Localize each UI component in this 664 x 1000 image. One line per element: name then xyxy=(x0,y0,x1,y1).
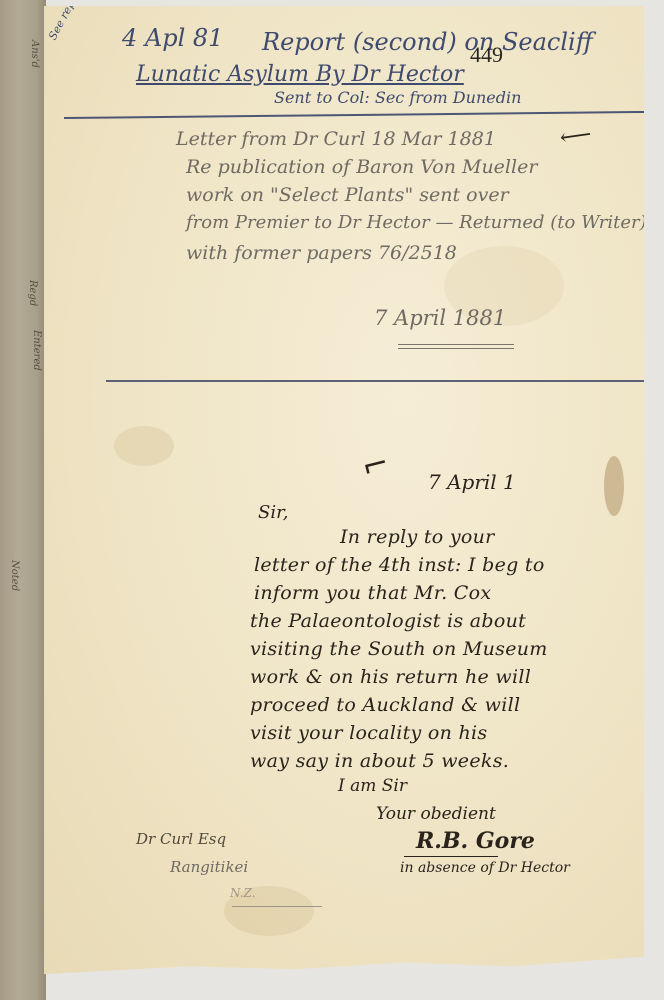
binding-note: Ans'd xyxy=(29,40,40,68)
registry-line: Letter from Dr Curl 18 Mar 1881 xyxy=(176,128,496,150)
signature-underline xyxy=(404,856,498,857)
header-subtitle: Lunatic Asylum By Dr Hector xyxy=(136,62,464,87)
letter-line: proceed to Auckland & will xyxy=(250,694,520,716)
letter-line: work & on his return he will xyxy=(250,666,531,688)
header-title: Report (second) on Seacliff xyxy=(262,28,593,56)
letter-line: letter of the 4th inst: I beg to xyxy=(254,554,545,576)
addressee-country: N.Z. xyxy=(230,886,256,900)
paper-stain xyxy=(114,426,174,466)
check-mark: ⌐ xyxy=(358,443,393,486)
letter-date: 7 April 1 xyxy=(428,470,516,494)
registry-date: 7 April 1881 xyxy=(374,306,506,330)
manuscript-page: See reply / Copy sent / £ 2.0 / papers 4… xyxy=(44,6,644,980)
signature-note: in absence of Dr Hector xyxy=(400,860,570,876)
date-underline xyxy=(398,344,514,345)
letter-salutation: Sir, xyxy=(258,502,288,523)
letter-line: the Palaeontologist is about xyxy=(250,610,526,632)
binding-note: Noted xyxy=(9,560,20,591)
registry-line: from Premier to Dr Hector — Returned (to… xyxy=(186,212,647,233)
letter-closing: I am Sir xyxy=(338,776,407,796)
addressee-place: Rangitikei xyxy=(170,858,248,876)
folio-number: 449 xyxy=(470,42,503,68)
registry-line: work on "Select Plants" sent over xyxy=(186,184,509,206)
addressee-underline xyxy=(232,906,322,907)
binding-note: Entered xyxy=(31,330,42,371)
letter-closing: Your obedient xyxy=(376,804,496,824)
letter-line: visit your locality on his xyxy=(250,722,487,744)
paper-stain xyxy=(604,456,624,516)
header-date: 4 Apl 81 xyxy=(122,24,223,52)
header-note: Sent to Col: Sec from Dunedin xyxy=(274,88,521,107)
book-binding-edge: Ans'd Regd Entered Noted xyxy=(0,0,46,1000)
registry-line: with former papers 76/2518 xyxy=(186,242,457,264)
letter-line: In reply to your xyxy=(340,526,495,548)
header-divider xyxy=(64,111,644,119)
arrow-mark: ⟵ xyxy=(558,122,593,151)
letter-line: inform you that Mr. Cox xyxy=(254,582,491,604)
binding-note: Regd xyxy=(27,280,38,306)
signature: R.B. Gore xyxy=(416,828,535,854)
registry-line: Re publication of Baron Von Mueller xyxy=(186,156,537,178)
letter-line: visiting the South on Museum xyxy=(250,638,548,660)
section-divider xyxy=(106,380,644,382)
addressee: Dr Curl Esq xyxy=(136,830,226,848)
scan-background: Ans'd Regd Entered Noted See reply / Cop… xyxy=(0,0,664,1000)
letter-line: way say in about 5 weeks. xyxy=(250,750,509,772)
date-underline xyxy=(398,348,514,349)
